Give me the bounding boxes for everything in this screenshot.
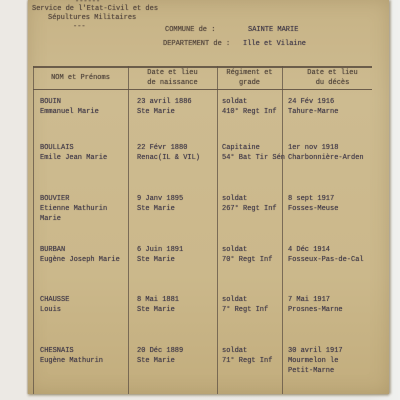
letterhead-rule-bottom: --- (73, 22, 86, 32)
column-header-birth: Date et lieu de naissance (128, 68, 217, 88)
death-cell: 24 Fév 1916 Tahure-Marne (288, 97, 389, 117)
table-row: CHAUSSE Louis 8 Mai 1881 Ste Marie solda… (33, 295, 389, 337)
name-cell: BOUIN Emmanuel Marie (40, 97, 132, 117)
table-header-row: NOM et Prénoms Date et lieu de naissance… (33, 68, 383, 90)
departement-value: Ille et Vilaine (243, 39, 306, 49)
table-row: BOUVIER Etienne Mathurin Marie 9 Janv 18… (33, 194, 389, 236)
column-header-regiment: Régiment et grade (217, 68, 282, 88)
birth-cell: 20 Déc 1889 Ste Marie (137, 346, 221, 366)
table-row: BOUIN Emmanuel Marie 23 avril 1886 Ste M… (33, 97, 389, 139)
birth-cell: 22 Févr 1880 Renac(IL & VIL) (137, 143, 221, 163)
departement-label: DEPARTEMENT de : (163, 39, 230, 49)
regiment-cell: soldat 71° Regt Inf (222, 346, 286, 366)
death-cell: 4 Déc 1914 Fosseux-Pas-de-Cal (288, 245, 389, 265)
regiment-cell: soldat 70° Regt Inf (222, 245, 286, 265)
death-cell: 1er nov 1918 Charbonnière-Arden (288, 143, 389, 163)
death-cell: 30 avril 1917 Mourmelon le Petit-Marne (288, 346, 389, 376)
column-header-death: Date et lieu du décès (282, 68, 383, 88)
regiment-cell: soldat 7° Regt Inf (222, 295, 286, 315)
birth-cell: 6 Juin 1891 Ste Marie (137, 245, 221, 265)
death-cell: 7 Mai 1917 Prosnes-Marne (288, 295, 389, 315)
table-row: CHESNAIS Eugène Mathurin 20 Déc 1889 Ste… (33, 346, 389, 388)
column-header-name: NOM et Prénoms (33, 73, 128, 83)
name-cell: BOUVIER Etienne Mathurin Marie (40, 194, 132, 224)
table-row: BURBAN Eugène Joseph Marie 6 Juin 1891 S… (33, 245, 389, 287)
birth-cell: 8 Mai 1881 Ste Marie (137, 295, 221, 315)
regiment-cell: soldat 410° Regt Inf (222, 97, 286, 117)
commune-value: SAINTE MARIE (248, 25, 298, 35)
letterhead-line2: Sépultures Militaires (48, 13, 136, 23)
name-cell: CHESNAIS Eugène Mathurin (40, 346, 132, 366)
name-cell: BOULLAIS Emile Jean Marie (40, 143, 132, 163)
name-cell: CHAUSSE Louis (40, 295, 132, 315)
regiment-cell: Capitaine 54° Bat Tir Sén (222, 143, 286, 163)
death-cell: 8 sept 1917 Fosses-Meuse (288, 194, 389, 214)
birth-cell: 23 avril 1886 Ste Marie (137, 97, 221, 117)
regiment-cell: soldat 267° Regt Inf (222, 194, 286, 214)
birth-cell: 9 Janv 1895 Ste Marie (137, 194, 221, 214)
register-sheet: ------ Service de l'Etat-Civil et des Sé… (28, 0, 389, 394)
name-cell: BURBAN Eugène Joseph Marie (40, 245, 132, 265)
scanned-page: ------ Service de l'Etat-Civil et des Sé… (0, 0, 400, 400)
table-row: BOULLAIS Emile Jean Marie 22 Févr 1880 R… (33, 143, 389, 185)
commune-label: COMMUNE de : (165, 25, 215, 35)
